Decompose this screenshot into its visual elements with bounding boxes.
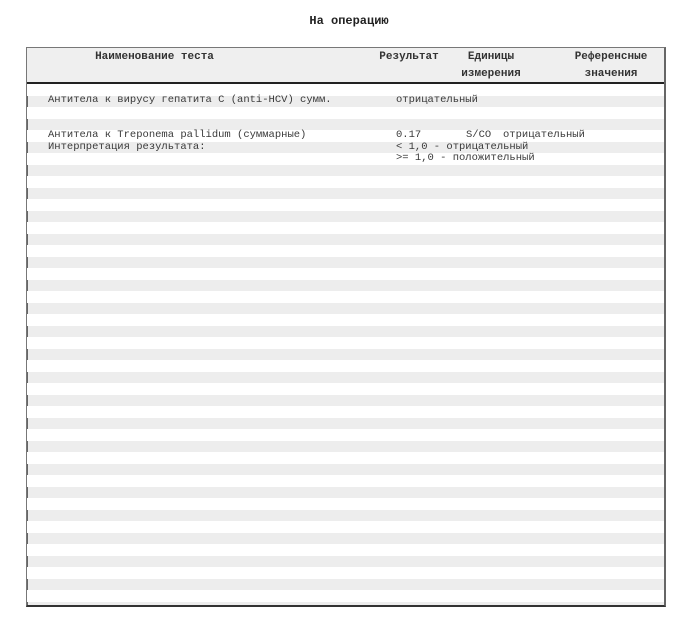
stripe xyxy=(27,464,664,476)
left-mark xyxy=(27,234,28,246)
header-units-line2: измерения xyxy=(447,66,535,83)
stripe xyxy=(27,349,664,361)
left-border-marks xyxy=(27,84,29,605)
stripe xyxy=(27,395,664,407)
table-header: Наименование теста Результат Единицы изм… xyxy=(27,48,664,84)
stripe xyxy=(27,188,664,200)
stripe xyxy=(27,165,664,177)
left-mark xyxy=(27,280,28,292)
header-reference-line1: Референсные xyxy=(557,49,665,66)
left-mark xyxy=(27,372,28,384)
stripe xyxy=(27,372,664,384)
page-title: На операцию xyxy=(0,14,698,28)
row-treponema-units: S/CO xyxy=(466,130,491,142)
row-stripes xyxy=(27,84,664,605)
row-treponema-reference: отрицательный xyxy=(503,130,585,142)
row-hcv-result: отрицательный xyxy=(396,95,478,107)
left-mark xyxy=(27,303,28,315)
stripe xyxy=(27,510,664,522)
header-reference-line2: значения xyxy=(557,66,665,83)
left-mark xyxy=(27,418,28,430)
header-reference: Референсные значения xyxy=(557,49,665,83)
header-result: Результат xyxy=(364,49,454,66)
left-mark xyxy=(27,211,28,223)
stripe xyxy=(27,579,664,591)
results-table: Наименование теста Результат Единицы изм… xyxy=(26,47,666,607)
row-hcv-name: Антитела к вирусу гепатита С (anti-HCV) … xyxy=(48,95,332,107)
stripe xyxy=(27,556,664,568)
row-interpretation-label: Интерпретация результата: xyxy=(48,142,206,154)
left-mark xyxy=(27,188,28,200)
left-mark xyxy=(27,579,28,591)
stripe xyxy=(27,211,664,223)
left-mark xyxy=(27,326,28,338)
row-interpretation-positive: >= 1,0 - положительный xyxy=(396,153,535,165)
left-mark xyxy=(27,165,28,177)
stripe xyxy=(27,234,664,246)
stripe xyxy=(27,602,664,608)
header-units: Единицы измерения xyxy=(447,49,535,83)
left-mark xyxy=(27,395,28,407)
left-mark xyxy=(27,602,28,608)
stripe xyxy=(27,303,664,315)
stripe xyxy=(27,418,664,430)
stripe xyxy=(27,280,664,292)
stripe xyxy=(27,441,664,453)
stripe xyxy=(27,257,664,269)
left-mark xyxy=(27,510,28,522)
stripe xyxy=(27,487,664,499)
stripe xyxy=(27,533,664,545)
left-mark xyxy=(27,533,28,545)
left-mark xyxy=(27,349,28,361)
stripe xyxy=(27,326,664,338)
left-mark xyxy=(27,257,28,269)
left-mark xyxy=(27,464,28,476)
left-mark xyxy=(27,487,28,499)
left-mark xyxy=(27,96,28,108)
header-test-name: Наименование теста xyxy=(27,49,282,66)
header-units-line1: Единицы xyxy=(447,49,535,66)
left-mark xyxy=(27,142,28,154)
left-mark xyxy=(27,556,28,568)
row-treponema-result: 0.17 xyxy=(396,130,421,142)
row-treponema-name: Антитела к Treponema pallidum (суммарные… xyxy=(48,130,306,142)
left-mark xyxy=(27,119,28,131)
left-mark xyxy=(27,441,28,453)
